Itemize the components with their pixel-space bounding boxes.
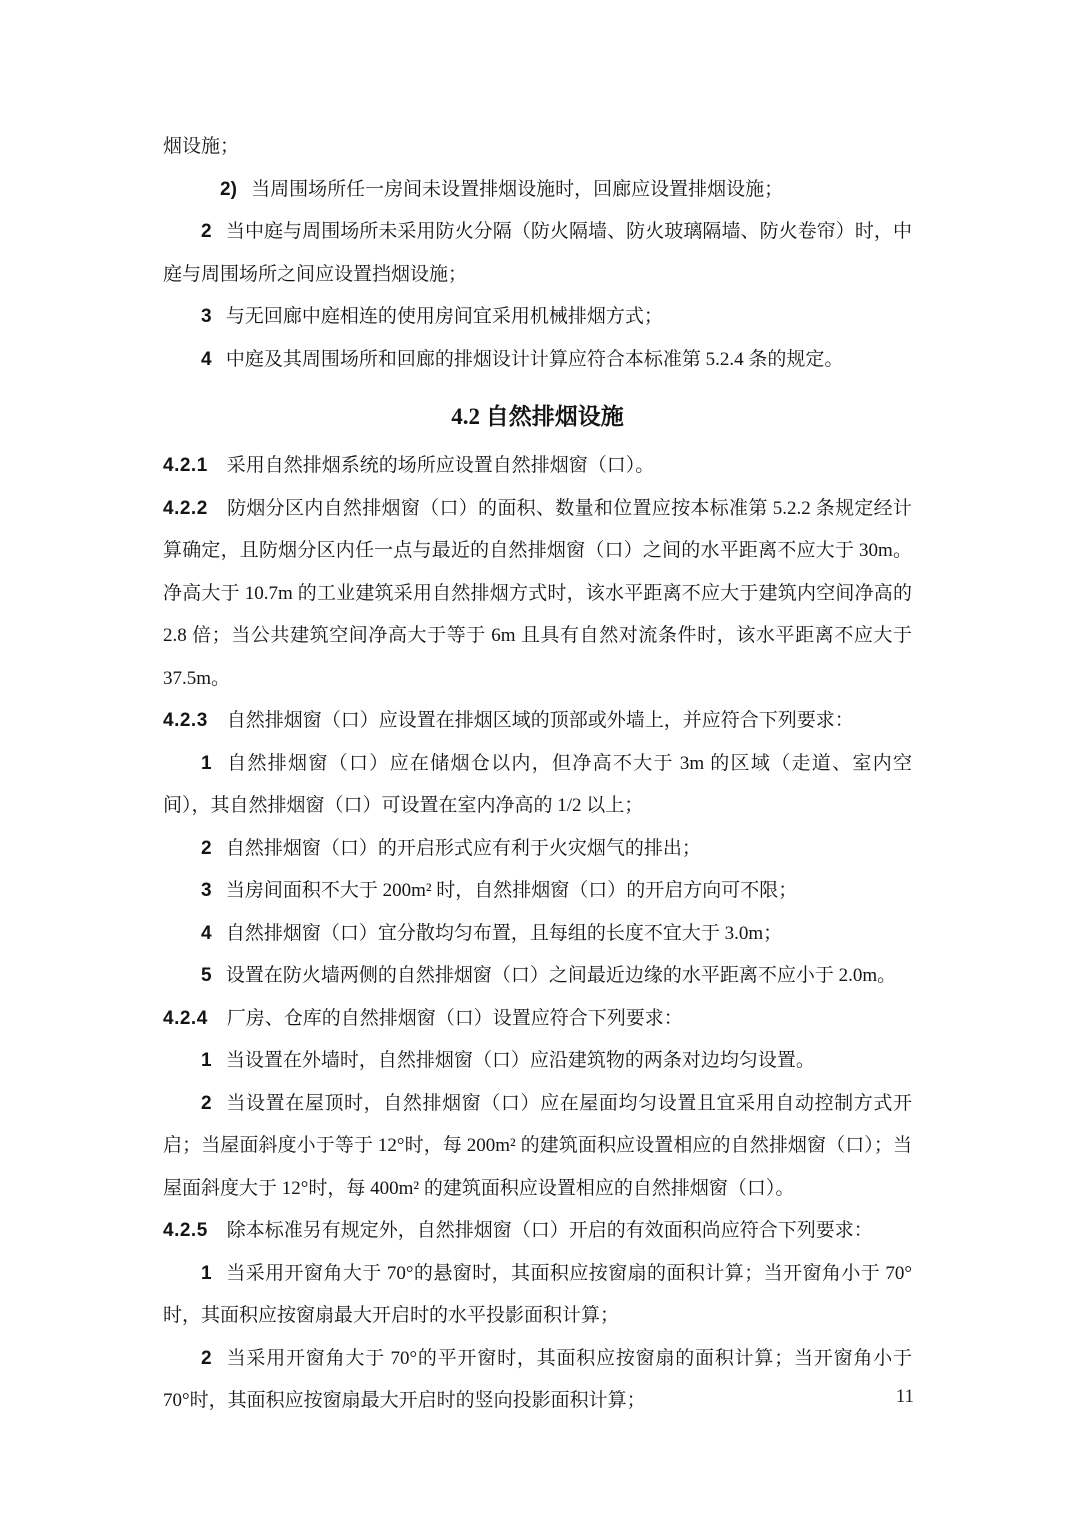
list-item: 2当设置在屋顶时，自然排烟窗（口）应在屋面均匀设置且宜采用自动控制方式开启；当屋…: [163, 1083, 912, 1211]
item-text: 当采用开窗角大于 70°的平开窗时，其面积应按窗扇的面积计算；当开窗角小于 70…: [163, 1348, 912, 1412]
clause-number: 4.2.2: [163, 498, 208, 519]
clause-number: 4.2.4: [163, 1008, 208, 1029]
clause-paragraph: 4.2.2防烟分区内自然排烟窗（口）的面积、数量和位置应按本标准第 5.2.2 …: [163, 488, 912, 701]
clause-text: 除本标准另有规定外，自然排烟窗（口）开启的有效面积尚应符合下列要求：: [227, 1220, 873, 1241]
clause-paragraph: 4.2.4厂房、仓库的自然排烟窗（口）设置应符合下列要求：: [163, 998, 912, 1041]
item-number: 1: [201, 753, 212, 774]
item-number: 2: [201, 1093, 212, 1114]
item-number: 3: [201, 306, 212, 327]
clause-text: 采用自然排烟系统的场所应设置自然排烟窗（口）。: [227, 455, 655, 476]
list-item: 3与无回廊中庭相连的使用房间宜采用机械排烟方式；: [163, 296, 912, 339]
clause-text: 厂房、仓库的自然排烟窗（口）设置应符合下列要求：: [227, 1008, 683, 1029]
clause-text: 防烟分区内自然排烟窗（口）的面积、数量和位置应按本标准第 5.2.2 条规定经计…: [163, 498, 912, 689]
list-item: 4中庭及其周围场所和回廊的排烟设计计算应符合本标准第 5.2.4 条的规定。: [163, 339, 912, 382]
item-number: 3: [201, 880, 212, 901]
item-number: 5: [201, 965, 212, 986]
item-text: 自然排烟窗（口）宜分散均匀布置，且每组的长度不宜大于 3.0m；: [226, 923, 782, 944]
item-text: 当设置在屋顶时，自然排烟窗（口）应在屋面均匀设置且宜采用自动控制方式开启；当屋面…: [163, 1093, 912, 1199]
item-number: 4: [201, 923, 212, 944]
item-number: 2: [201, 1348, 212, 1369]
list-item: 1自然排烟窗（口）应在储烟仓以内，但净高不大于 3m 的区域（走道、室内空间），…: [163, 743, 912, 828]
item-text: 设置在防火墙两侧的自然排烟窗（口）之间最近边缘的水平距离不应小于 2.0m。: [226, 965, 896, 986]
item-number: 2: [201, 221, 212, 242]
item-number: 2): [220, 179, 237, 200]
item-text: 与无回廊中庭相连的使用房间宜采用机械排烟方式；: [226, 306, 663, 327]
item-number: 4: [201, 349, 212, 370]
item-text: 自然排烟窗（口）应在储烟仓以内，但净高不大于 3m 的区域（走道、室内空间），其…: [163, 753, 912, 817]
clause-number: 4.2.5: [163, 1220, 208, 1241]
page-number: 11: [896, 1386, 914, 1408]
item-text: 当中庭与周围场所未采用防火分隔（防火隔墙、防火玻璃隔墙、防火卷帘）时，中庭与周围…: [163, 221, 912, 285]
item-text: 中庭及其周围场所和回廊的排烟设计计算应符合本标准第 5.2.4 条的规定。: [226, 349, 844, 370]
list-item: 4自然排烟窗（口）宜分散均匀布置，且每组的长度不宜大于 3.0m；: [163, 913, 912, 956]
list-item: 2自然排烟窗（口）的开启形式应有利于火灾烟气的排出；: [163, 828, 912, 871]
list-item: 2当采用开窗角大于 70°的平开窗时，其面积应按窗扇的面积计算；当开窗角小于 7…: [163, 1338, 912, 1423]
list-item: 1当设置在外墙时，自然排烟窗（口）应沿建筑物的两条对边均匀设置。: [163, 1040, 912, 1083]
item-number: 2: [201, 838, 212, 859]
list-item: 5设置在防火墙两侧的自然排烟窗（口）之间最近边缘的水平距离不应小于 2.0m。: [163, 955, 912, 998]
clause-paragraph: 4.2.5除本标准另有规定外，自然排烟窗（口）开启的有效面积尚应符合下列要求：: [163, 1210, 912, 1253]
item-text: 当设置在外墙时，自然排烟窗（口）应沿建筑物的两条对边均匀设置。: [226, 1050, 815, 1071]
clause-number: 4.2.3: [163, 710, 208, 731]
clause-number: 4.2.1: [163, 455, 208, 476]
item-text: 自然排烟窗（口）的开启形式应有利于火灾烟气的排出；: [226, 838, 701, 859]
list-item: 1当采用开窗角大于 70°的悬窗时，其面积应按窗扇的面积计算；当开窗角小于 70…: [163, 1253, 912, 1338]
document-page: 烟设施； 2)当周围场所任一房间未设置排烟设施时，回廊应设置排烟设施； 2当中庭…: [0, 0, 1080, 1527]
paragraph-continued: 烟设施；: [163, 126, 912, 169]
section-heading: 4.2 自然排烟设施: [163, 395, 912, 439]
list-item: 2)当周围场所任一房间未设置排烟设施时，回廊应设置排烟设施；: [163, 169, 912, 212]
list-item: 2当中庭与周围场所未采用防火分隔（防火隔墙、防火玻璃隔墙、防火卷帘）时，中庭与周…: [163, 211, 912, 296]
item-text: 当周围场所任一房间未设置排烟设施时，回廊应设置排烟设施；: [251, 179, 783, 200]
clause-paragraph: 4.2.1采用自然排烟系统的场所应设置自然排烟窗（口）。: [163, 445, 912, 488]
paragraph-text: 烟设施；: [163, 136, 239, 157]
clause-paragraph: 4.2.3自然排烟窗（口）应设置在排烟区域的顶部或外墙上，并应符合下列要求：: [163, 700, 912, 743]
item-number: 1: [201, 1263, 212, 1284]
list-item: 3当房间面积不大于 200m² 时，自然排烟窗（口）的开启方向可不限；: [163, 870, 912, 913]
clause-text: 自然排烟窗（口）应设置在排烟区域的顶部或外墙上，并应符合下列要求：: [227, 710, 854, 731]
item-text: 当采用开窗角大于 70°的悬窗时，其面积应按窗扇的面积计算；当开窗角小于 70°…: [163, 1263, 912, 1327]
item-text: 当房间面积不大于 200m² 时，自然排烟窗（口）的开启方向可不限；: [226, 880, 797, 901]
item-number: 1: [201, 1050, 212, 1071]
document-body: 烟设施； 2)当周围场所任一房间未设置排烟设施时，回廊应设置排烟设施； 2当中庭…: [163, 126, 912, 1423]
